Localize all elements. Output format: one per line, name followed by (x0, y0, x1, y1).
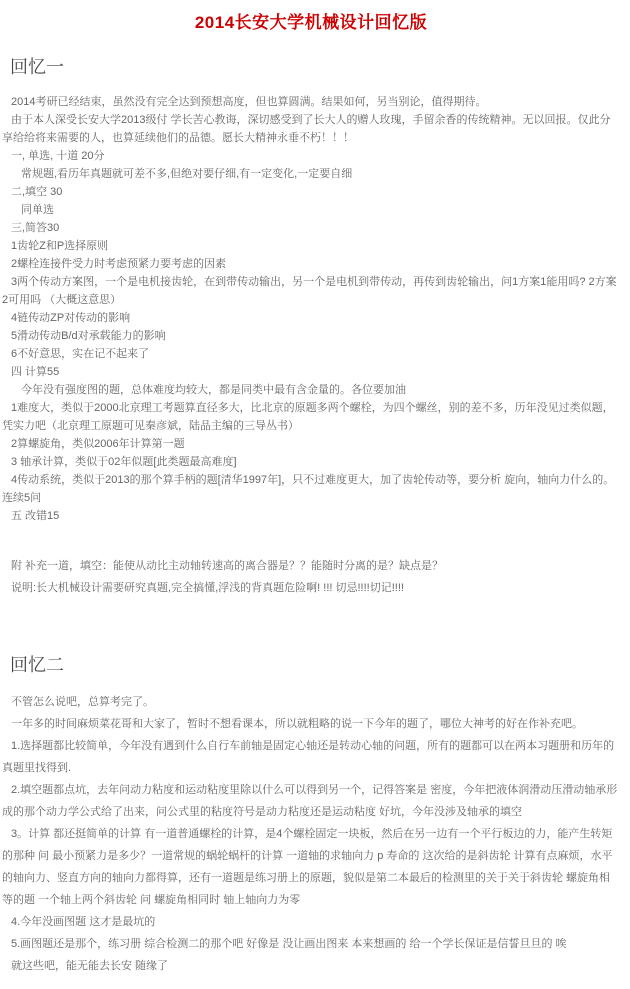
paragraph: 说明:长大机械设计需要研究真题,完全搞懂,浮浅的背真题危险啊! !!! 切忌!!… (2, 577, 620, 599)
paragraph: 附 补充一道，填空：能使从动比主动轴转速高的离合器是？？能随时分离的是？缺点是？ (2, 555, 620, 577)
paragraph: 2.填空题都点坑，去年问动力粘度和运动粘度里除以什么可以得到另一个，记得答案是 … (2, 779, 620, 823)
paragraph: 今年没有强度图的题，总体难度均较大，都是同类中最有含金量的。各位要加油 (2, 381, 620, 399)
paragraph: 五 改错15 (2, 507, 620, 525)
section-memory-one: 回忆一 2014考研已经结束，虽然没有完全达到预想高度，但也算圆满。结果如何，另… (2, 53, 620, 599)
paragraph: 2014考研已经结束，虽然没有完全达到预想高度，但也算圆满。结果如何，另当别论，… (2, 93, 620, 111)
paragraph: 一年多的时间麻烦菜花哥和大家了，暂时不想看课本，所以就粗略的说一下今年的题了，哪… (2, 713, 620, 735)
paragraph: 一, 单选, 十道 20分 (2, 147, 620, 165)
section-memory-two: 回忆二 不管怎么说吧，总算考完了。 一年多的时间麻烦菜花哥和大家了，暂时不想看课… (2, 651, 620, 977)
paragraph: 3。计算 都还挺简单的计算 有一道普通螺栓的计算，是4个螺栓固定一块板，然后在另… (2, 823, 620, 911)
paragraph: 5滑动传动B/d对承载能力的影响 (2, 327, 620, 345)
paragraph: 3两个传动方案图，一个是电机接齿轮，在到带传动输出，另一个是电机到带传动，再传到… (2, 273, 620, 309)
paragraph: 1齿轮Z和P选择原则 (2, 237, 620, 255)
paragraph: 4.今年没画图题 这才是最坑的 (2, 911, 620, 933)
paragraph: 3 轴承计算，类似于02年似题[此类题最高难度] (2, 453, 620, 471)
paragraph: 1难度大，类似于2000北京理工考题算直径多大，比北京的原题多两个螺栓，为四个螺… (2, 399, 620, 435)
document-page: 2014长安大学机械设计回忆版 回忆一 2014考研已经结束，虽然没有完全达到预… (0, 8, 630, 989)
paragraph: 四 计算55 (2, 363, 620, 381)
paragraph: 6不好意思，实在记不起来了 (2, 345, 620, 363)
section-heading: 回忆二 (10, 651, 620, 677)
paragraph: 同单选 (2, 201, 620, 219)
paragraph: 4链传动ZP对传动的影响 (2, 309, 620, 327)
paragraph: 5.画图题还是那个，练习册 综合检测二的那个吧 好像是 没让画出图来 本来想画的… (2, 933, 620, 955)
paragraph: 不管怎么说吧，总算考完了。 (2, 691, 620, 713)
paragraph: 就这些吧，能无能去长安 随缘了 (2, 955, 620, 977)
paragraph: 由于本人深受长安大学2013级付 学长苦心教诲，深切感受到了长大人的赠人玫瑰，手… (2, 111, 620, 147)
paragraph: 常规题,看历年真题就可差不多,但绝对要仔细,有一定变化,一定要自细 (2, 165, 620, 183)
section-heading: 回忆一 (10, 53, 620, 79)
paragraph: 1.选择题都比较简单，今年没有遇到什么自行车前轴是固定心轴还是转动心轴的问题，所… (2, 735, 620, 779)
paragraph: 二,填空 30 (2, 183, 620, 201)
paragraph: 2算螺旋角，类似2006年计算第一题 (2, 435, 620, 453)
paragraph: 2螺栓连接件受力时考虑预紧力要考虑的因素 (2, 255, 620, 273)
paragraph: 三,简答30 (2, 219, 620, 237)
page-title: 2014长安大学机械设计回忆版 (2, 8, 620, 33)
blank-lines-spacer (2, 525, 620, 555)
paragraph: 4传动系统，类似于2013的那个算手柄的题[清华1997年]，只不过难度更大，加… (2, 471, 620, 507)
